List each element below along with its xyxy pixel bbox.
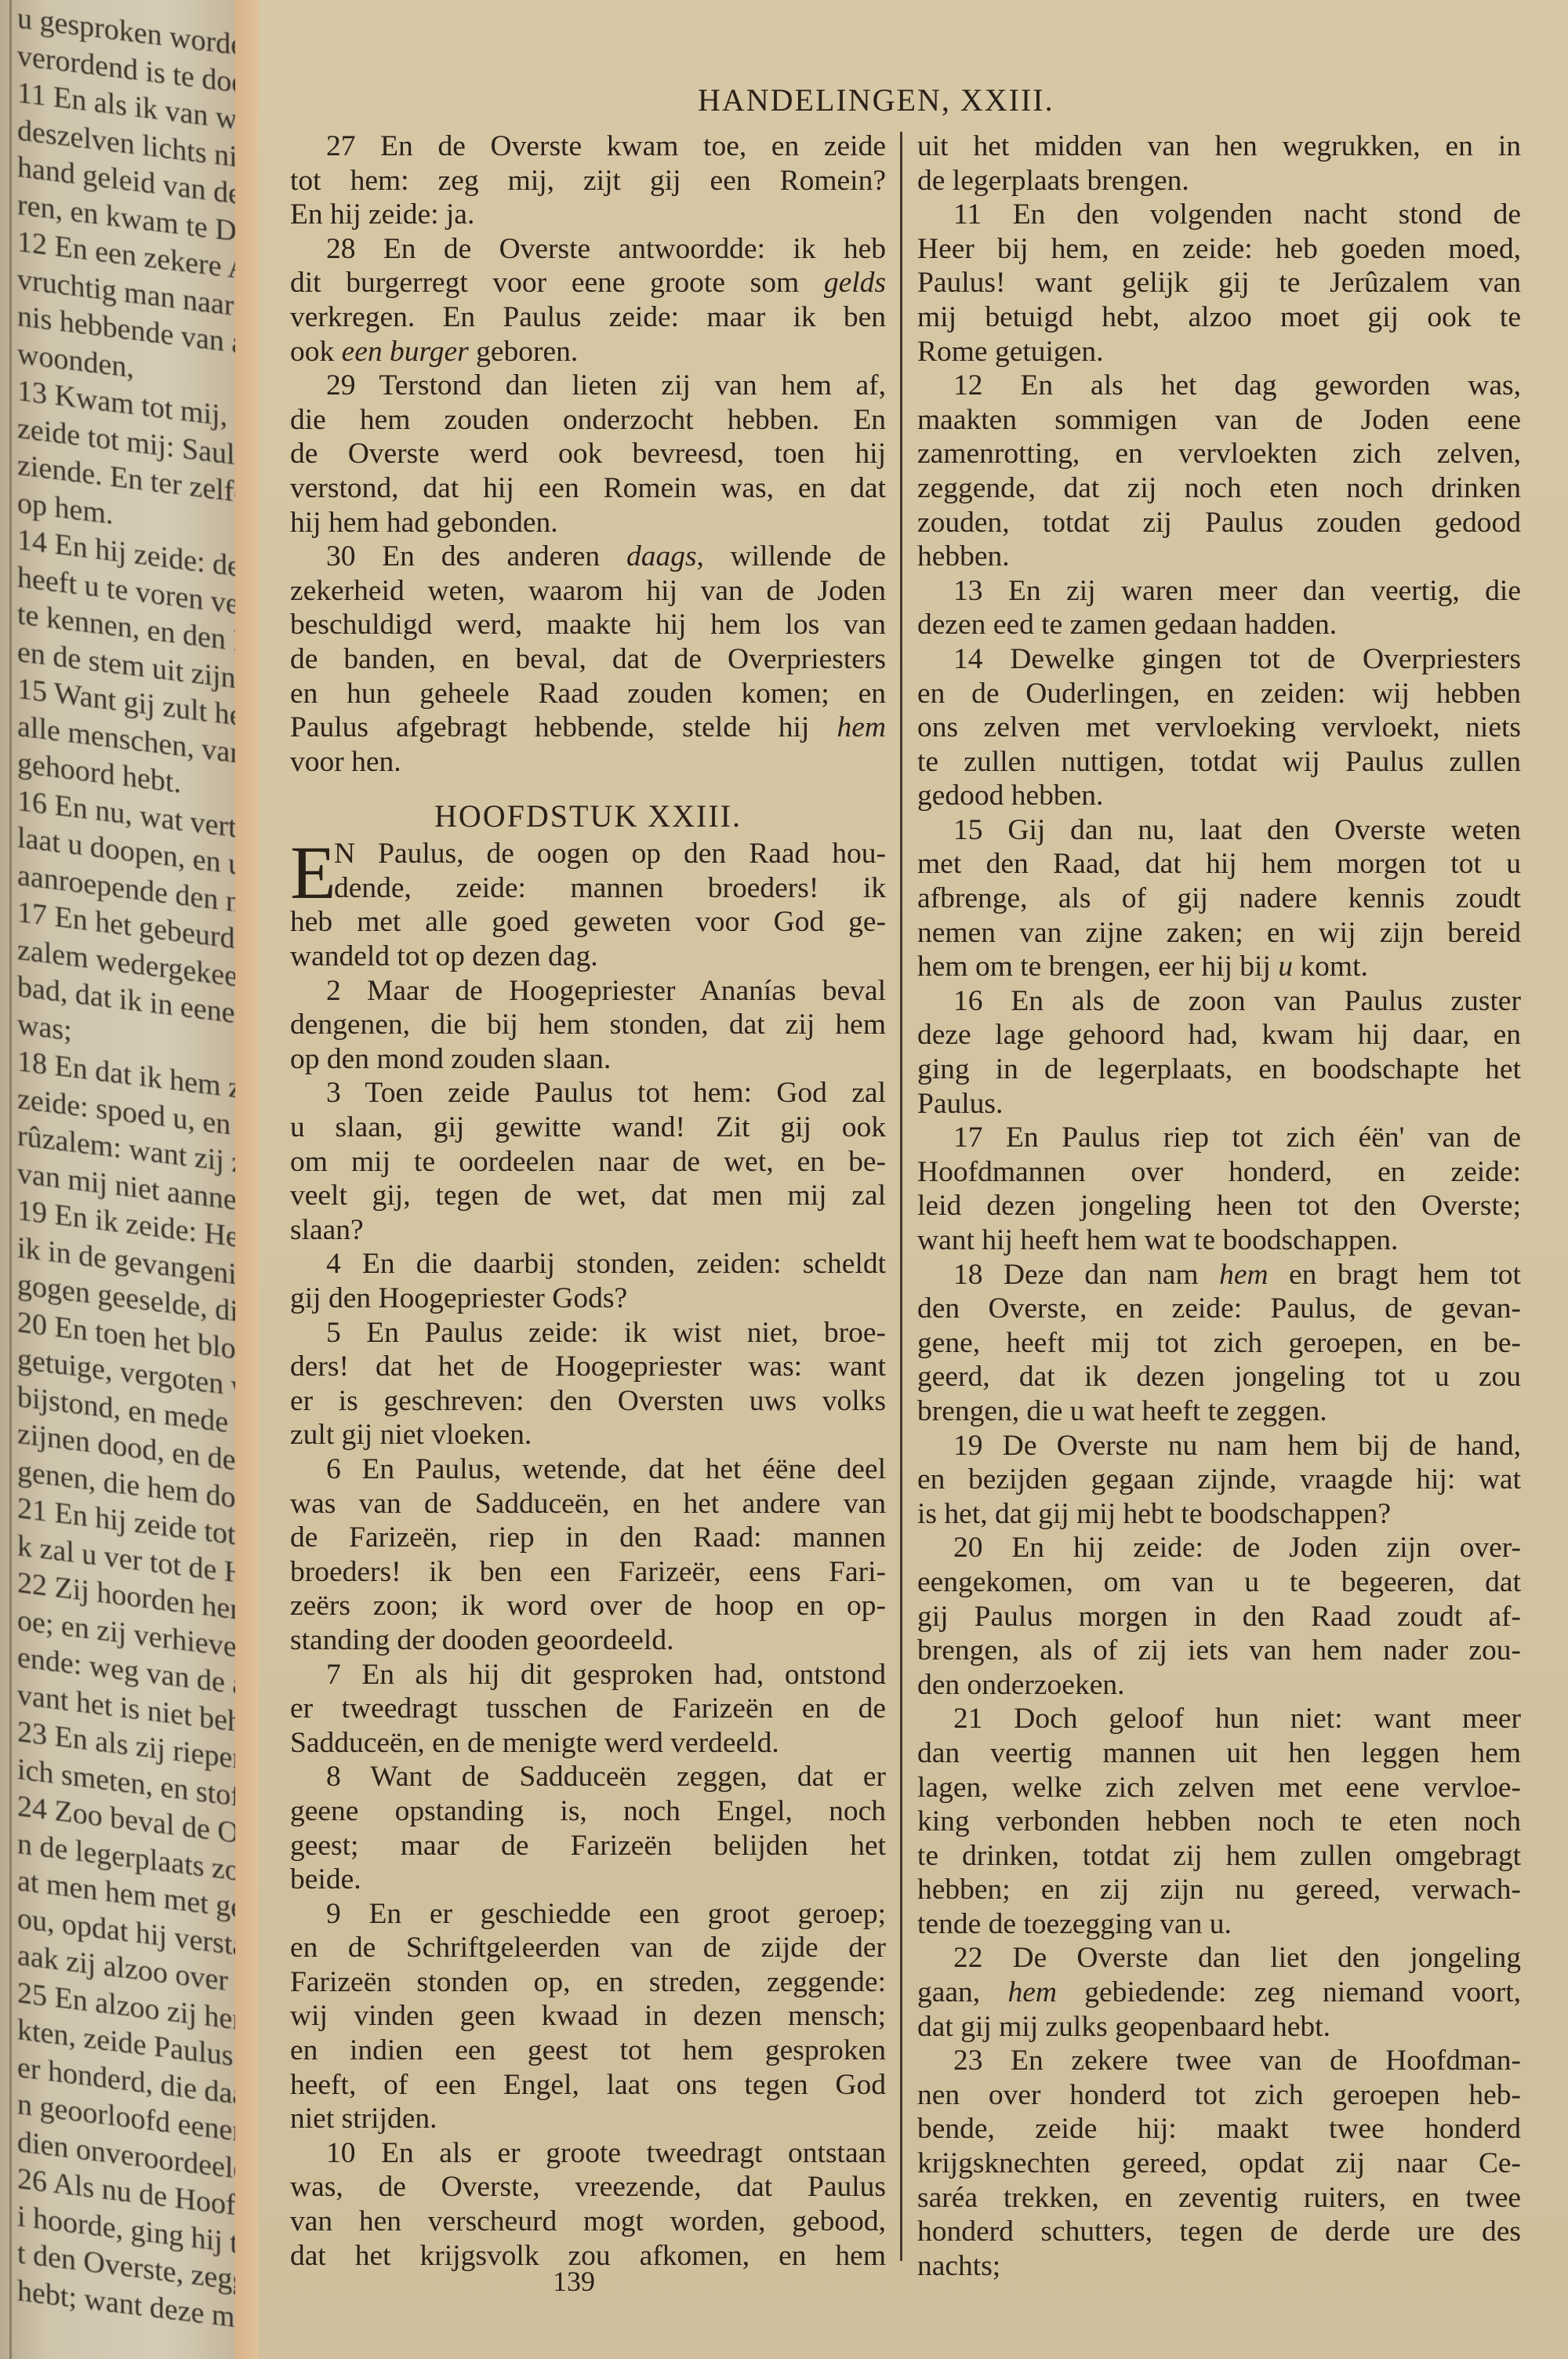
verse-start-line: 28 En de Overste antwoordde: ik heb xyxy=(290,232,886,267)
column-divider-rule xyxy=(900,132,902,2261)
text-line: Heer bij hem, en zeide: heb goeden moed, xyxy=(917,232,1521,267)
text-line: er tweedragt tusschen de Farizeën en de xyxy=(290,1692,886,1726)
text-line: u slaan, gij gewitte wand! Zit gij ook xyxy=(290,1110,886,1145)
text-line: brengen, als of zij iets van hem nader z… xyxy=(917,1634,1521,1668)
text-line: de Farizeën, riep in den Raad: mannen xyxy=(290,1521,886,1555)
verse-start-line: 3 Toen zeide Paulus tot hem: God zal xyxy=(290,1076,886,1110)
text-line: den onderzoeken. xyxy=(917,1668,1521,1703)
italic-supplied-word: een burger xyxy=(342,336,469,368)
text-line: gedood hebben. xyxy=(917,779,1521,813)
text-line: dengenen, die bij hem stonden, dat zij h… xyxy=(290,1008,886,1042)
italic-supplied-word: daags xyxy=(626,540,697,572)
text-line: en de Ouderlingen, en zeiden: wij hebben xyxy=(917,677,1521,711)
text-line: gij Paulus morgen in den Raad zoudt af- xyxy=(917,1600,1521,1634)
text-line: nachts; xyxy=(917,2249,1521,2284)
text-line: hebben; en zij zijn nu gereed, verwach- xyxy=(917,1873,1521,1907)
verse-start-line: 8 Want de Sadduceën zeggen, dat er xyxy=(290,1760,886,1794)
text-line: eengekomen, om van u te begeeren, dat xyxy=(917,1565,1521,1600)
text-line: gene, heeft mij tot zich geroepen, en be… xyxy=(917,1326,1521,1361)
italic-supplied-word: hem xyxy=(1219,1259,1268,1291)
text-line: ging in de legerplaats, en boodschapte h… xyxy=(917,1052,1521,1087)
text-line: zult gij niet vloeken. xyxy=(290,1418,886,1452)
chapter-heading: HOOFDSTUK XXIII. xyxy=(290,779,886,837)
text-line: N Paulus, de oogen op den Raad hou- xyxy=(290,837,886,871)
text-line: verstond, dat hij een Romein was, en dat xyxy=(290,471,886,506)
text-line: krijgsknechten gereed, opdat zij naar Ce… xyxy=(917,2146,1521,2181)
text-line: nemen van zijne zaken; en wij zijn berei… xyxy=(917,916,1521,951)
verse-start-line: 7 En als hij dit gesproken had, ontstond xyxy=(290,1658,886,1692)
verse-start-line: 2 Maar de Hoogepriester Ananías beval xyxy=(290,974,886,1009)
text-line: honderd schutters, tegen de derde ure de… xyxy=(917,2215,1521,2249)
verse-start-line: 10 En als er groote tweedragt ontstaan xyxy=(290,2136,886,2171)
verse-start-line: 6 En Paulus, wetende, dat het éëne deel xyxy=(290,1452,886,1487)
text-line: er is geschreven: den Oversten uws volks xyxy=(290,1384,886,1419)
text-line: Sadduceën, en de menigte werd verdeeld. xyxy=(290,1726,886,1761)
text-column-right: uit het midden van hen wegrukken, en ind… xyxy=(917,129,1521,2283)
text-line: lagen, welke zich zelven met eene vervlo… xyxy=(917,1771,1521,1805)
text-line: de legerplaats brengen. xyxy=(917,164,1521,198)
italic-supplied-word: u xyxy=(1278,951,1293,983)
verse-start-line: 18 Deze dan nam hem en bragt hem tot xyxy=(917,1258,1521,1292)
text-line: zamenrotting, en vervloekten zich zelven… xyxy=(917,437,1521,471)
text-line: voor hen. xyxy=(290,745,886,780)
verse-start-line: 22 De Overste dan liet den jongeling xyxy=(917,1941,1521,1976)
facing-page-margin-rule xyxy=(9,0,12,2359)
text-line: geest; maar de Farizeën belijden het xyxy=(290,1829,886,1863)
text-line: brengen, die u wat heeft te zeggen. xyxy=(917,1394,1521,1429)
text-line: mij betuigd hebt, alzoo moet gij ook te xyxy=(917,300,1521,335)
text-line: zeggende, dat zij noch eten noch drinken xyxy=(917,471,1521,506)
text-line: slaan? xyxy=(290,1213,886,1248)
text-line: en hun geheele Raad zouden komen; en xyxy=(290,677,886,711)
text-line: tot hem: zeg mij, zijt gij een Romein? xyxy=(290,164,886,198)
text-line: en bezijden gegaan zijnde, vraagde hij: … xyxy=(917,1463,1521,1497)
verse-start-line: 5 En Paulus zeide: ik wist niet, broe- xyxy=(290,1316,886,1350)
text-line: Rome getuigen. xyxy=(917,335,1521,369)
text-line: om mij te oordeelen naar de wet, en be- xyxy=(290,1145,886,1179)
text-line: Paulus! want gelijk gij te Jerûzalem van xyxy=(917,266,1521,300)
drop-cap: E xyxy=(290,841,336,904)
text-line: afbrenge, als of gij nadere kennis zoudt xyxy=(917,881,1521,916)
text-line: den Overste, en zeide: Paulus, de gevan- xyxy=(917,1292,1521,1326)
verse-start-line: 20 En hij zeide: de Joden zijn over- xyxy=(917,1531,1521,1565)
text-line: zekerheid weten, waarom hij van de Joden xyxy=(290,574,886,609)
italic-supplied-word: hem xyxy=(1007,1976,1056,2008)
verse-start-line: 13 En zij waren meer dan veertig, die xyxy=(917,574,1521,609)
text-line: geerd, dat ik dezen jongeling tot u zou xyxy=(917,1360,1521,1394)
text-line: ook een burger geboren. xyxy=(290,335,886,369)
text-line: van hen verscheurd mogt worden, gebood, xyxy=(290,2205,886,2239)
text-line: hebben. xyxy=(917,540,1521,574)
text-line: veelt gij, tegen de wet, dat men mij zal xyxy=(290,1179,886,1213)
text-line: standing der dooden geoordeeld. xyxy=(290,1623,886,1658)
text-line: en de Schriftgeleerden van de zijde der xyxy=(290,1931,886,1965)
text-line: te drinken, totdat zij hem zullen omgebr… xyxy=(917,1839,1521,1874)
text-column-left: 27 En de Overste kwam toe, en zeidetot h… xyxy=(290,129,886,2273)
text-line: die hem zouden onderzocht hebben. En xyxy=(290,403,886,438)
verse-start-line: 27 En de Overste kwam toe, en zeide xyxy=(290,129,886,164)
text-line: heeft, of een Engel, laat ons tegen God xyxy=(290,2068,886,2103)
text-line: dat gij mij zulks geopenbaard hebt. xyxy=(917,2010,1521,2045)
verse-start-line: 16 En als de zoon van Paulus zuster xyxy=(917,984,1521,1019)
verse-start-line: 30 En des anderen daags, willende de xyxy=(290,540,886,574)
text-line: dende, zeide: mannen broeders! ik xyxy=(290,871,886,906)
verse-start-line: 12 En als het dag geworden was, xyxy=(917,369,1521,403)
text-line: broeders! ik ben een Farizeër, eens Fari… xyxy=(290,1555,886,1590)
verse-start-line: 15 Gij dan nu, laat den Overste weten xyxy=(917,813,1521,848)
text-line: was, de Overste, vreezende, dat Paulus xyxy=(290,2170,886,2205)
text-line: bende, zeide hij: maakt twee honderd xyxy=(917,2112,1521,2146)
text-line: Paulus. xyxy=(917,1087,1521,1121)
text-line: geene opstanding is, noch Engel, noch xyxy=(290,1794,886,1829)
verse-start-line: 4 En die daarbij stonden, zeiden: scheld… xyxy=(290,1247,886,1281)
verse-start-line: 29 Terstond dan lieten zij van hem af, xyxy=(290,369,886,403)
text-line: heb met alle goed geweten voor God ge- xyxy=(290,905,886,940)
text-line: wandeld tot op dezen dag. xyxy=(290,940,886,974)
facing-page-strip: u gesproken worden, wat uverordend is te… xyxy=(0,0,235,2359)
text-line: dit burgerregt voor eene groote som geld… xyxy=(290,266,886,300)
verse-start-line: 11 En den volgenden nacht stond de xyxy=(917,198,1521,232)
italic-supplied-word: hem xyxy=(837,711,886,743)
text-line: Farizeën stonden op, en streden, zeggend… xyxy=(290,1965,886,2000)
text-line: de banden, en beval, dat de Overpriester… xyxy=(290,642,886,677)
text-line: leid dezen jongeling heen tot den Overst… xyxy=(917,1189,1521,1223)
text-line: king verbonden hebben noch te eten noch xyxy=(917,1805,1521,1839)
verse-start-line: 21 Doch geloof hun niet: want meer xyxy=(917,1702,1521,1736)
text-line: te zullen nuttigen, totdat wij Paulus zu… xyxy=(917,745,1521,780)
text-line: wij vinden geen kwaad in dezen mensch; xyxy=(290,1999,886,2034)
text-line: nen over honderd tot zich geroepen heb- xyxy=(917,2078,1521,2113)
text-line: dan veertig mannen uit hen leggen hem xyxy=(917,1736,1521,1771)
text-line: maakten sommigen van de Joden eene xyxy=(917,403,1521,438)
text-line: zouden, totdat zij Paulus zouden gedood xyxy=(917,506,1521,540)
text-line: uit het midden van hen wegrukken, en in xyxy=(917,129,1521,164)
running-head: HANDELINGEN, XXIII. xyxy=(698,82,1054,118)
verse-start-line: 17 En Paulus riep tot zich éën' van de xyxy=(917,1121,1521,1155)
text-line: deze lage gehoord had, kwam hij daar, en xyxy=(917,1018,1521,1052)
text-line: gaan, hem gebiedende: zeg niemand voort, xyxy=(917,1976,1521,2010)
text-line: op den mond zouden slaan. xyxy=(290,1042,886,1077)
text-line: hij hem had gebonden. xyxy=(290,506,886,540)
verse-start-line: 14 Dewelke gingen tot de Overpriesters xyxy=(917,642,1521,677)
text-line: saréa trekken, en zeventig ruiters, en t… xyxy=(917,2181,1521,2215)
text-line: ons zelven met vervloeking vervloekt, ni… xyxy=(917,711,1521,745)
page-number: 139 xyxy=(553,2265,595,2298)
text-line: en indien een geest tot hem gesproken xyxy=(290,2034,886,2068)
text-line: gij den Hoogepriester Gods? xyxy=(290,1281,886,1316)
text-line: verkregen. En Paulus zeide: maar ik ben xyxy=(290,300,886,335)
text-line: dezen eed te zamen gedaan hadden. xyxy=(917,608,1521,642)
text-line: de Overste werd ook bevreesd, toen hij xyxy=(290,437,886,471)
verse-start-line: 23 En zekere twee van de Hoofdman- xyxy=(917,2044,1521,2078)
italic-supplied-word: gelds xyxy=(824,267,886,299)
text-line: tende de toezegging van u. xyxy=(917,1907,1521,1942)
text-line: met den Raad, dat hij hem morgen tot u xyxy=(917,847,1521,881)
text-line: Hoofdmannen over honderd, en zeide: xyxy=(917,1155,1521,1190)
text-line: hem om te brengen, eer hij bij u komt. xyxy=(917,950,1521,984)
text-line: En hij zeide: ja. xyxy=(290,198,886,232)
text-line: Paulus afgebragt hebbende, stelde hij he… xyxy=(290,711,886,745)
facing-page-text: u gesproken worden, wat uverordend is te… xyxy=(17,0,235,2342)
text-line: zeërs zoon; ik word over de hoop en op- xyxy=(290,1589,886,1623)
text-line: was van de Sadduceën, en het andere van xyxy=(290,1487,886,1521)
text-line: niet strijden. xyxy=(290,2102,886,2136)
text-line: is het, dat gij mij hebt te boodschappen… xyxy=(917,1497,1521,1532)
verse-start-line: 9 En er geschiedde een groot geroep; xyxy=(290,1897,886,1932)
verse-start-line: 19 De Overste nu nam hem bij de hand, xyxy=(917,1429,1521,1463)
text-line: beschuldigd werd, maakte hij hem los van xyxy=(290,608,886,642)
text-line: ders! dat het de Hoogepriester was: want xyxy=(290,1350,886,1384)
text-line: beide. xyxy=(290,1863,886,1897)
text-line: want hij heeft hem wat te boodschappen. xyxy=(917,1223,1521,1258)
